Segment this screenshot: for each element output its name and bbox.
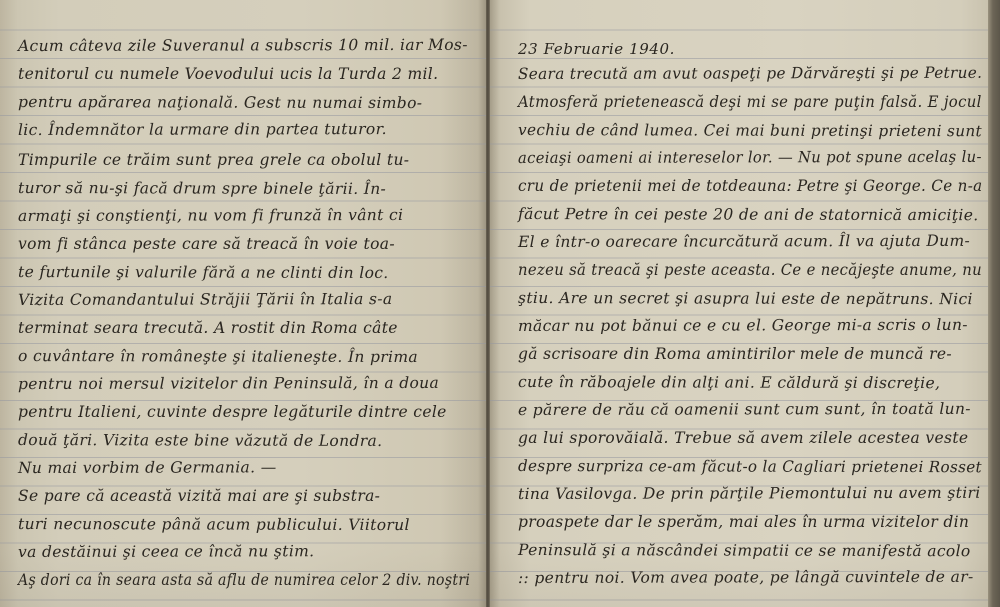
handwritten-line: proaspete dar le sperăm, mai ales în urm… [518,513,969,531]
handwritten-line: te furtunile şi valurile fără a ne clint… [18,263,389,282]
handwritten-line: armaţi şi conştienţi, nu vom fi frunză î… [18,206,403,225]
handwritten-line: Atmosferă prietenească deşi mi se pare p… [518,93,982,111]
handwritten-line: vechiu de când lumea. Cei mai buni preti… [518,121,982,140]
handwritten-line: Nu mai vorbim de Germania. — [18,458,277,477]
handwritten-line: Aş dori ca în seara asta să aflu de numi… [18,571,470,589]
handwritten-line: tenitorul cu numele Voevodului ucis la T… [18,65,438,83]
handwritten-line: o cuvântare în româneşte şi italieneşte.… [18,347,418,366]
handwritten-line: nezeu să treacă şi peste aceasta. Ce e n… [518,261,982,279]
handwritten-line: Vizita Comandantului Străjii Ţării în It… [18,290,392,309]
handwritten-line: măcar nu pot bănui ce e cu el. George mi… [518,316,968,335]
handwritten-line: două ţări. Vizita este bine văzută de Lo… [18,431,382,450]
handwritten-line: Timpurile ce trăim sunt prea grele ca ob… [18,151,409,169]
entry-date-heading: 23 Februarie 1940. [518,40,675,58]
handwritten-line: e părere de rău că oamenii sunt cum sunt… [518,400,971,419]
diary-spread: Acum câteva zile Suveranul a subscris 10… [0,0,1000,607]
left-page: Acum câteva zile Suveranul a subscris 10… [0,0,486,607]
handwritten-line: pentru apărarea naţională. Gest nu numai… [18,93,422,112]
handwritten-line: cute în răboajele din alţi ani. E căldur… [518,373,940,392]
handwritten-line: ga lui sporovăială. Trebue să avem zilel… [518,429,968,447]
book-edge [988,0,1000,607]
handwritten-line: cru de prietenii mei de totdeauna: Petre… [518,177,983,195]
handwritten-line: Seara trecută am avut oaspeţi pe Dărvăre… [518,64,982,83]
handwritten-line: lic. Îndemnător la urmare din partea tut… [18,120,387,139]
handwritten-line: turor să nu-şi facă drum spre binele ţăr… [18,179,386,198]
handwritten-line: făcut Petre în cei peste 20 de ani de st… [518,205,979,224]
handwritten-line: va destăinui şi ceea ce încă nu ştim. [18,542,315,561]
handwritten-line: pentru Italieni, cuvinte despre legături… [18,403,447,421]
handwritten-line: Acum câteva zile Suveranul a subscris 10… [18,36,468,55]
handwritten-line: aceiaşi oameni ai intereselor lor. — Nu … [518,148,982,167]
handwritten-line: terminat seara trecută. A rostit din Rom… [18,319,398,337]
handwritten-line: El e într-o oarecare încurcătură acum. Î… [518,232,970,251]
handwritten-line: Se pare că această vizită mai are şi sub… [18,487,380,505]
right-page: 23 Februarie 1940. Seara trecută am avut… [490,0,988,607]
handwritten-line: Peninsulă şi a născândei simpatii ce se … [518,541,971,560]
handwritten-line: vom fi stânca peste care să treacă în vo… [18,235,395,253]
handwritten-line: turi necunoscute până acum publicului. V… [18,515,410,534]
handwritten-line: tina Vasilovga. De prin părţile Piemontu… [518,484,981,503]
handwritten-line: ştiu. Are un secret şi asupra lui este d… [518,289,973,308]
handwritten-line: :: pentru noi. Vom avea poate, pe lângă … [518,568,974,587]
handwritten-line: gă scrisoare din Roma amintirilor mele d… [518,345,952,363]
handwritten-line: despre surpriza ce-am făcut-o la Cagliar… [518,457,982,476]
handwritten-line: pentru noi mersul vizitelor din Peninsul… [18,374,439,393]
